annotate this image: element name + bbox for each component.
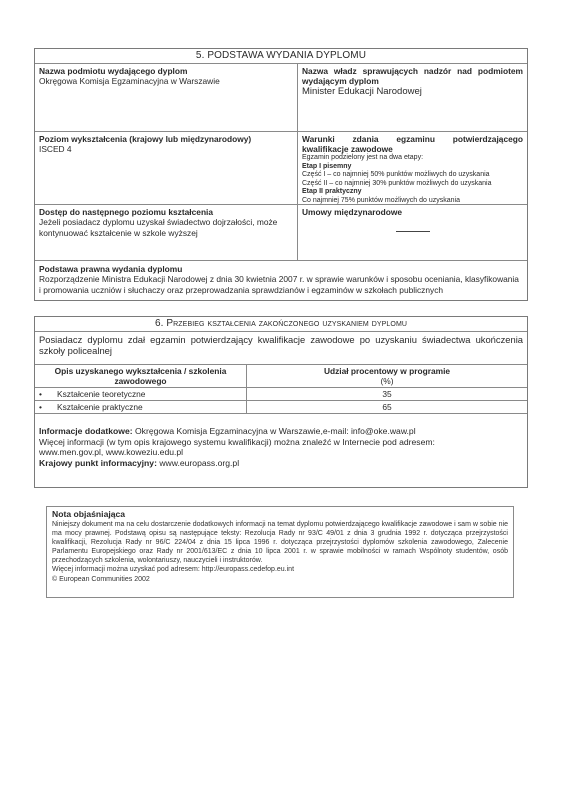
info-links: www.men.gov.pl, www.koweziu.edu.pl: [39, 447, 523, 458]
supervisor-label: Nazwa władz sprawujących nadzór nad podm…: [302, 66, 523, 86]
additional-info-block: Informacje dodatkowe: Okręgowa Komisja E…: [35, 414, 527, 470]
section-6-course-of-education: 6. Przebieg kształcenia zakończonego uzy…: [34, 316, 528, 488]
program-row-label-cell: •Kształcenie praktyczne: [35, 401, 247, 414]
explanatory-note-content: Nota objaśniająca Niniejszy dokument ma …: [47, 507, 513, 587]
explanatory-note-copyright: © European Communities 2002: [52, 575, 508, 585]
issuer-value: Okręgowa Komisja Egzaminacyjna w Warszaw…: [39, 76, 293, 87]
section-5-grid: Nazwa podmiotu wydającego dyplom Okręgow…: [35, 64, 527, 261]
program-table-header: Opis uzyskanego wykształcenia / szkoleni…: [35, 365, 527, 388]
level-value: ISCED 4: [39, 144, 293, 155]
table-row: •Kształcenie teoretyczne 35: [35, 388, 527, 401]
exam-stage1-part2: Część II – co najmniej 30% punktów możli…: [302, 180, 523, 189]
program-row-percent: 35: [247, 388, 528, 401]
program-col-percent-label: Udział procentowy w programie: [251, 366, 523, 376]
contact-value: www.europass.org.pl: [157, 458, 239, 468]
exam-conditions-label: Warunki zdania egzaminu potwierdzającego…: [302, 134, 523, 154]
legal-basis-cell: Podstawa prawna wydania dyplomu Rozporzą…: [35, 261, 527, 297]
exam-stage2-label: Etap II praktyczny: [302, 188, 523, 197]
legal-basis-label: Podstawa prawna wydania dyplomu: [39, 264, 523, 274]
next-level-label: Dostęp do następnego poziomu kształcenia: [39, 207, 293, 217]
section-6-title: 6. Przebieg kształcenia zakończonego uzy…: [35, 317, 527, 332]
additional-info-line: Informacje dodatkowe: Okręgowa Komisja E…: [39, 426, 523, 437]
issuer-cell: Nazwa podmiotu wydającego dyplom Okręgow…: [35, 64, 297, 132]
section-6-intro: Posiadacz dyplomu zdał egzamin potwierdz…: [35, 332, 527, 364]
bullet-icon: •: [39, 402, 57, 412]
explanatory-note-more: Więcej informacji można uzyskać pod adre…: [52, 565, 508, 575]
supervisor-cell: Nazwa władz sprawujących nadzór nad podm…: [297, 64, 527, 132]
program-row-label: Kształcenie teoretyczne: [57, 389, 145, 399]
contact-line: Krajowy punkt informacyjny: www.europass…: [39, 458, 523, 469]
exam-intro: Egzamin podzielony jest na dwa etapy:: [302, 154, 523, 163]
program-col-percent-header: Udział procentowy w programie (%): [247, 365, 528, 388]
section-5-title: 5. PODSTAWA WYDANIA DYPLOMU: [35, 49, 527, 64]
bullet-icon: •: [39, 389, 57, 399]
program-share-table: Opis uzyskanego wykształcenia / szkoleni…: [35, 364, 527, 414]
next-level-value: Jeżeli posiadacz dyplomu uzyskał świadec…: [39, 217, 293, 238]
supervisor-value: Minister Edukacji Narodowej: [302, 86, 523, 97]
legal-basis-value: Rozporządzenie Ministra Edukacji Narodow…: [39, 274, 523, 295]
explanatory-note-title: Nota objaśniająca: [52, 509, 508, 520]
program-row-percent: 65: [247, 401, 528, 414]
additional-info-value: Okręgowa Komisja Egzaminacyjna w Warszaw…: [133, 426, 416, 436]
agreements-label: Umowy międzynarodowe: [302, 207, 523, 217]
next-level-cell: Dostęp do następnego poziomu kształcenia…: [35, 205, 297, 261]
exam-conditions-cell: Warunki zdania egzaminu potwierdzającego…: [297, 132, 527, 205]
section-6-title-number: 6.: [155, 318, 166, 329]
level-label: Poziom wykształcenia (krajowy lub między…: [39, 134, 293, 144]
explanatory-note: Nota objaśniająca Niniejszy dokument ma …: [46, 506, 514, 598]
exam-stage1-part1: Część I – co najmniej 50% punktów możliw…: [302, 171, 523, 180]
program-col-description-header: Opis uzyskanego wykształcenia / szkoleni…: [35, 365, 247, 388]
more-info-text: Więcej informacji (w tym opis krajowego …: [39, 437, 523, 448]
program-row-label: Kształcenie praktyczne: [57, 402, 143, 412]
program-row-label-cell: •Kształcenie teoretyczne: [35, 388, 247, 401]
level-cell: Poziom wykształcenia (krajowy lub między…: [35, 132, 297, 205]
exam-stage1-label: Etap I pisemny: [302, 163, 523, 172]
table-row: •Kształcenie praktyczne 65: [35, 401, 527, 414]
section-6-title-text: Przebieg kształcenia zakończonego uzyska…: [166, 318, 407, 329]
section-5-basis-of-diploma: 5. PODSTAWA WYDANIA DYPLOMU Nazwa podmio…: [34, 48, 528, 301]
agreements-cell: Umowy międzynarodowe: [297, 205, 527, 261]
issuer-label: Nazwa podmiotu wydającego dyplom: [39, 66, 293, 76]
additional-info-label: Informacje dodatkowe:: [39, 426, 133, 436]
agreements-empty-dash: [396, 231, 430, 232]
program-col-percent-unit: (%): [251, 376, 523, 386]
contact-label: Krajowy punkt informacyjny:: [39, 458, 157, 468]
explanatory-note-body: Niniejszy dokument ma na celu dostarczen…: [52, 520, 508, 565]
